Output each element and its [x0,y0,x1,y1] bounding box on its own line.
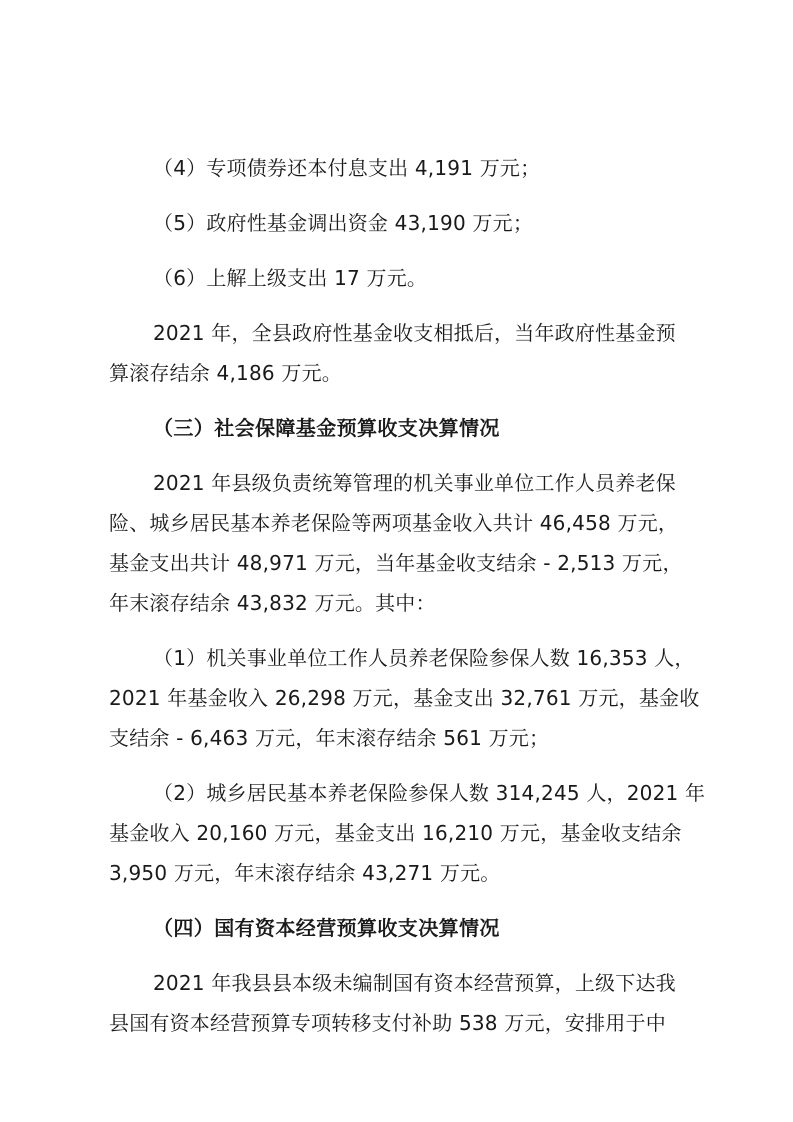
text-line: 基金收入 20,160 万元，基金支出 16,210 万元，基金收支结余 [109,813,689,853]
text-line: 支结余 - 6,463 万元，年末滚存结余 561 万元； [109,718,689,758]
social-security-intro-paragraph: 2021 年县级负责统筹管理的机关事业单位工作人员养老保 险、城乡居民基本养老保… [109,463,689,623]
text-line: （2）城乡居民基本养老保险参保人数 314,245 人，2021 年 [109,773,689,813]
text-line: 县国有资本经营预算专项转移支付补助 538 万元，安排用于中 [109,1003,689,1043]
section-heading-state-capital: （四）国有资本经营预算收支决算情况 [109,908,689,948]
text-line: （4）专项债券还本付息支出 4,191 万元； [109,148,689,188]
list-item-6: （6）上解上级支出 17 万元。 [109,258,689,298]
document-body: （4）专项债券还本付息支出 4,191 万元； （5）政府性基金调出资金 43,… [109,148,689,1043]
state-capital-intro-paragraph: 2021 年我县县本级未编制国有资本经营预算，上级下达我 县国有资本经营预算专项… [109,963,689,1043]
text-line: （6）上解上级支出 17 万元。 [109,258,689,298]
text-line: 2021 年，全县政府性基金收支相抵后，当年政府性基金预 [109,313,689,353]
text-line: 2021 年我县县本级未编制国有资本经营预算，上级下达我 [109,963,689,1003]
text-line: 基金支出共计 48,971 万元，当年基金收支结余 - 2,513 万元， [109,543,689,583]
text-line: 3,950 万元，年末滚存结余 43,271 万元。 [109,853,689,893]
text-line: 年末滚存结余 43,832 万元。其中： [109,583,689,623]
document-page: （4）专项债券还本付息支出 4,191 万元； （5）政府性基金调出资金 43,… [0,0,793,1122]
text-line: 2021 年县级负责统筹管理的机关事业单位工作人员养老保 [109,463,689,503]
section-heading-social-security: （三）社会保障基金预算收支决算情况 [109,408,689,448]
text-line: （5）政府性基金调出资金 43,190 万元； [109,203,689,243]
list-item-5: （5）政府性基金调出资金 43,190 万元； [109,203,689,243]
social-security-item-2: （2）城乡居民基本养老保险参保人数 314,245 人，2021 年 基金收入 … [109,773,689,893]
social-security-item-1: （1）机关事业单位工作人员养老保险参保人数 16,353 人， 2021 年基金… [109,638,689,758]
text-line: 2021 年基金收入 26,298 万元，基金支出 32,761 万元，基金收 [109,678,689,718]
text-line: 险、城乡居民基本养老保险等两项基金收入共计 46,458 万元， [109,503,689,543]
text-line: 算滚存结余 4,186 万元。 [109,353,689,393]
list-item-4: （4）专项债券还本付息支出 4,191 万元； [109,148,689,188]
fund-summary-paragraph: 2021 年，全县政府性基金收支相抵后，当年政府性基金预 算滚存结余 4,186… [109,313,689,393]
text-line: （1）机关事业单位工作人员养老保险参保人数 16,353 人， [109,638,689,678]
